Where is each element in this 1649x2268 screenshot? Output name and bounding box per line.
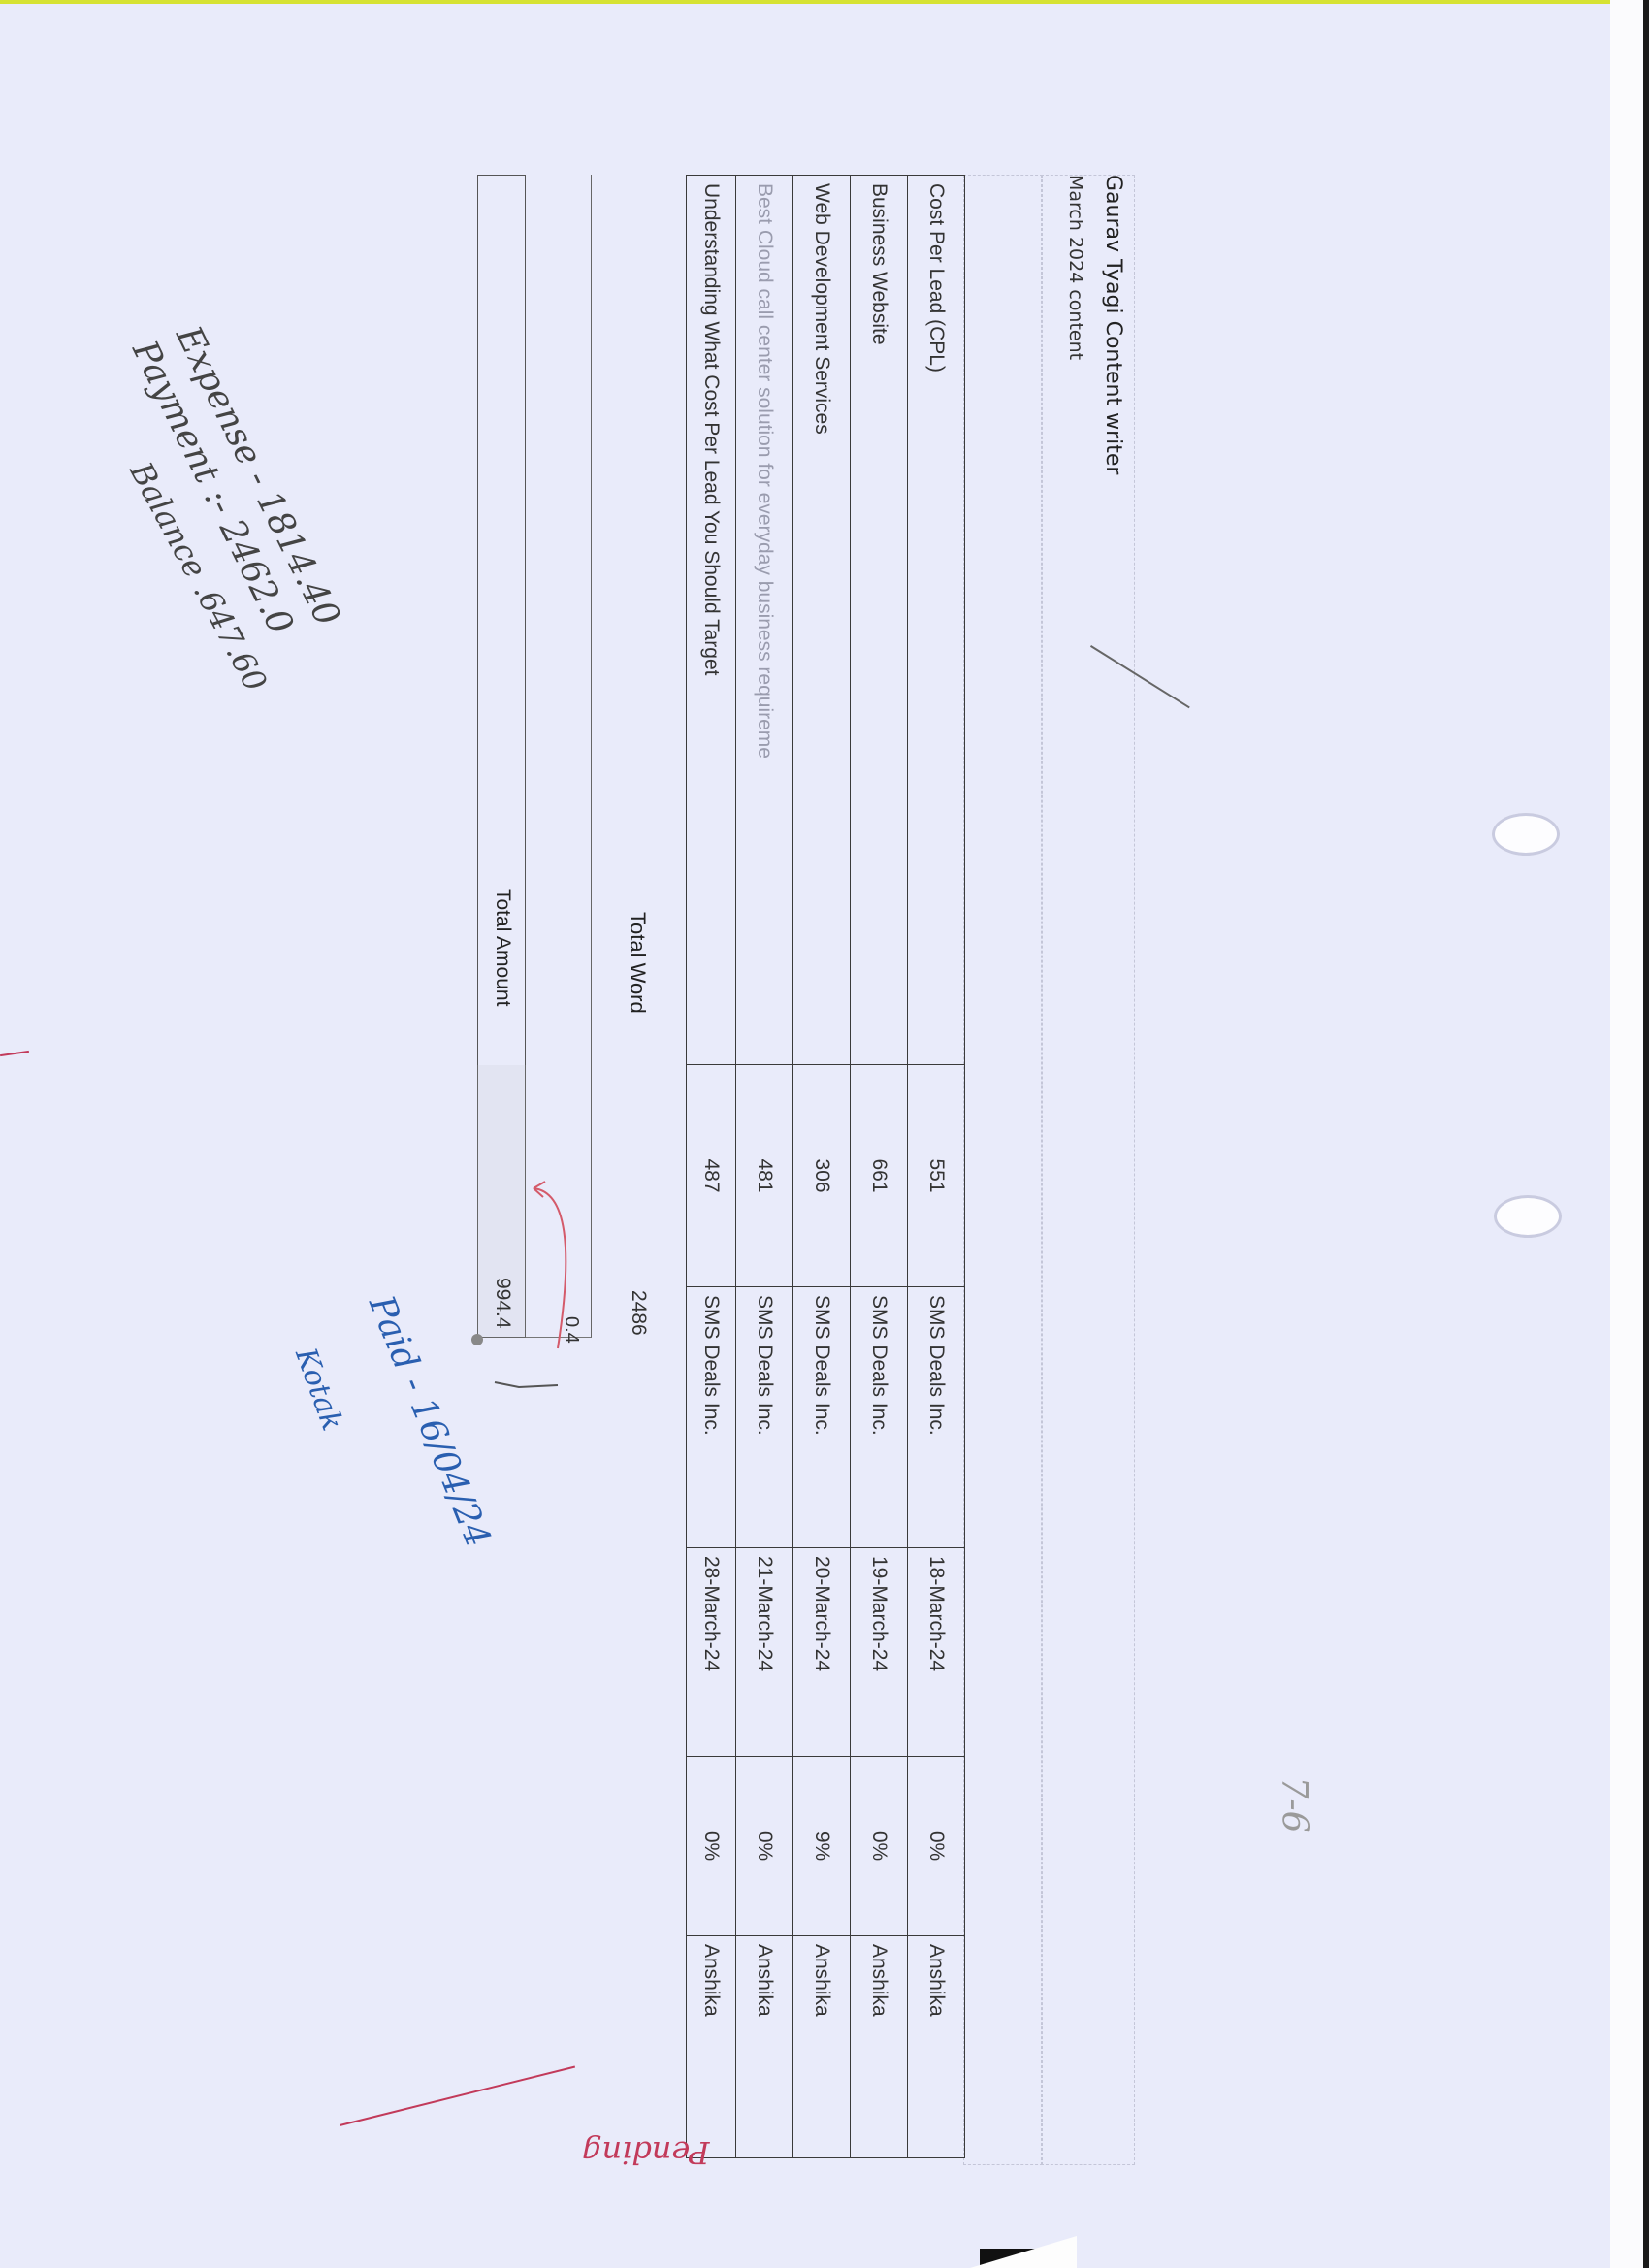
writer-name: Anshika [908,1936,965,2158]
date: 20-March-24 [793,1548,851,1757]
total-amount-value: 994.4 [491,1278,514,1329]
client-name: SMS Deals Inc. [793,1287,851,1548]
article-title: Understanding What Cost Per Lead You Sho… [687,176,736,1065]
red-arrow-icon [524,1164,640,1358]
date: 28-March-24 [687,1548,736,1757]
scan-right-edge [1610,0,1649,2268]
word-count: 306 [793,1065,851,1287]
table-row: Understanding What Cost Per Lead You Sho… [687,176,736,2158]
content-table: Cost Per Lead (CPL) 551 SMS Deals Inc. 1… [686,175,965,2158]
ink-dot [471,1334,483,1345]
table-row: Cost Per Lead (CPL) 551 SMS Deals Inc. 1… [908,176,965,2158]
total-amount-label: Total Amount [491,889,514,1006]
client-name: SMS Deals Inc. [851,1287,908,1548]
total-word-label: Total Word [625,912,650,1014]
punch-hole [1492,813,1560,856]
word-count: 487 [687,1065,736,1287]
percentage: 9% [793,1757,851,1936]
client-name: SMS Deals Inc. [687,1287,736,1548]
client-name: SMS Deals Inc. [908,1287,965,1548]
writer-name: Anshika [687,1936,736,2158]
writer-name: Anshika [793,1936,851,2158]
table-row: Best Cloud call center solution for ever… [736,176,793,2158]
scan-top-edge [0,0,1649,4]
handwritten-pending: Pending [582,2134,709,2171]
percentage: 0% [736,1757,793,1936]
pencil-bracket-icon [490,1377,567,1436]
table-row: Web Development Services 306 SMS Deals I… [793,176,851,2158]
word-count: 661 [851,1065,908,1287]
red-margin-mark [0,1051,29,1056]
date: 21-March-24 [736,1548,793,1757]
handwritten-bank: Kotak [288,1344,349,1435]
table-row: Business Website 661 SMS Deals Inc. 19-M… [851,176,908,2158]
faint-gridline [963,175,1043,2165]
percentage: 0% [908,1757,965,1936]
word-count: 551 [908,1065,965,1287]
client-name: SMS Deals Inc. [736,1287,793,1548]
writer-name: Anshika [851,1936,908,2158]
percentage: 0% [851,1757,908,1936]
handwritten-page-mark: 7-6 [1274,1777,1313,1833]
date: 19-March-24 [851,1548,908,1757]
article-title: Cost Per Lead (CPL) [908,176,965,1065]
percentage: 0% [687,1757,736,1936]
punch-hole [1494,1195,1562,1238]
faint-gridline [1041,175,1135,2165]
writer-name: Anshika [736,1936,793,2158]
date: 18-March-24 [908,1548,965,1757]
article-title: Best Cloud call center solution for ever… [736,176,793,1065]
word-count: 481 [736,1065,793,1287]
article-title: Business Website [851,176,908,1065]
article-title: Web Development Services [793,176,851,1065]
